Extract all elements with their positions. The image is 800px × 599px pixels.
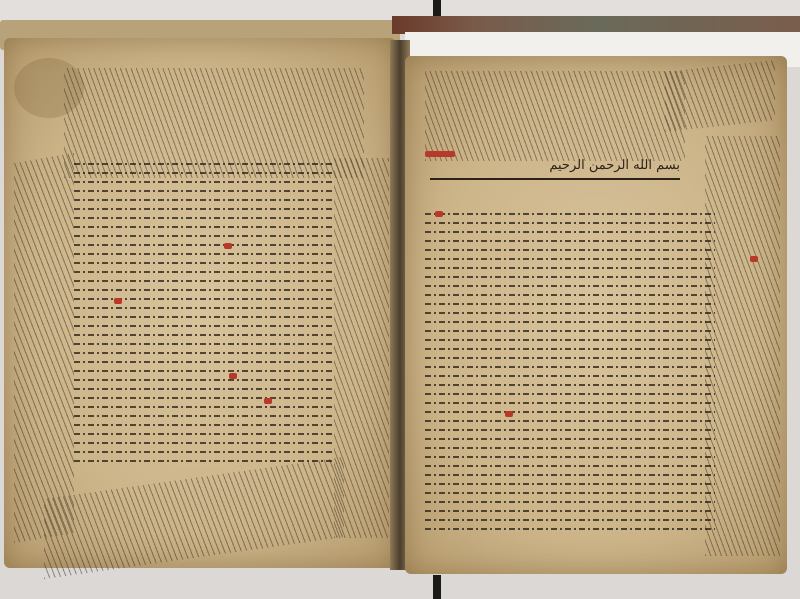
stand-divider-bottom [433,575,441,599]
rubric-mark [505,411,513,417]
rubric-mark [224,243,232,249]
marginal-gloss-top [425,71,685,161]
left-page [4,38,396,568]
rubric-heading-mark [425,151,455,157]
marginal-gloss-bottom [44,457,344,579]
right-page [405,56,787,574]
main-text-block [425,206,715,537]
rubric-mark [229,373,237,379]
rubric-mark [114,298,122,304]
marginal-gloss-left [14,153,74,544]
basmala-heading: بسم الله الرحمن الرحيم [430,158,680,180]
basmala-text: بسم الله الرحمن الرحيم [549,158,680,173]
rubric-mark [264,398,272,404]
rubric-mark [750,256,758,262]
main-text-block [74,156,334,469]
rubric-mark [435,211,443,217]
marginal-gloss-right [705,136,780,556]
marginal-gloss-top-right [665,60,775,132]
